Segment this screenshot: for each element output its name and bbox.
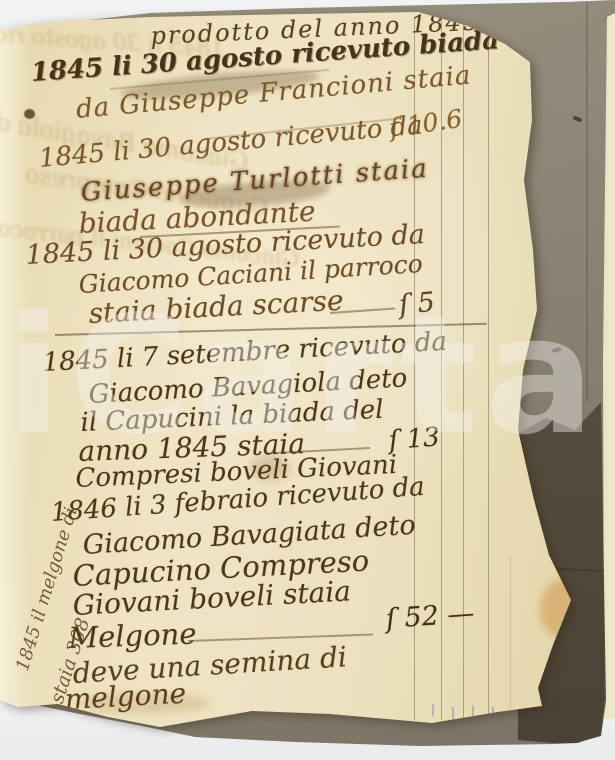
entry-line: melgone [64,680,187,714]
entry-amount: ſ 5 [398,289,436,319]
ruled-column-line [488,16,489,720]
manuscript-paper: 1845 li 30 agosto ricevuto da Giacomo Ba… [0,0,615,760]
scanned-manuscript-page: { "document": { "title": "prodotto del a… [0,0,615,760]
ruled-column-line [510,555,511,720]
ruling-tick [432,704,435,716]
ink-stain [540,578,592,640]
ruling-tick [472,705,474,717]
paper-wrap: 1845 li 30 agosto ricevuto da Giacomo Ba… [0,0,615,760]
ruling-tick [492,707,495,719]
ruling-tick [452,707,454,719]
entry-amount: ſ 52 — [385,600,475,633]
